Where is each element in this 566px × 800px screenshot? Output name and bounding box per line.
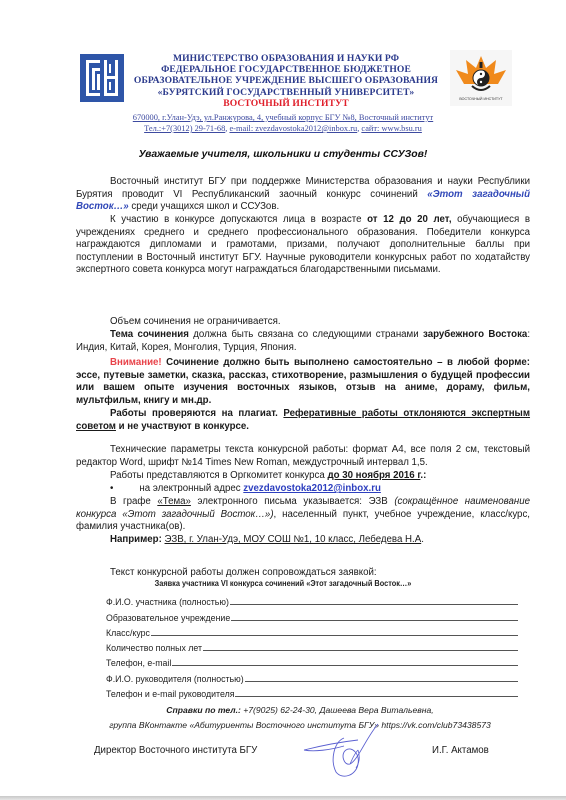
form-row: Количество полных лет [106,638,518,653]
submission-email-link[interactable]: zvezdavostoka2012@inbox.ru [243,483,381,494]
address: 670000, г.Улан-Удэ, ул.Ранжурова, 4, уче… [133,113,433,122]
form-row: Телефон, e-mail [106,653,518,668]
svg-text:ВОСТОЧНЫЙ ИНСТИТУТ: ВОСТОЧНЫЙ ИНСТИТУТ [459,97,503,101]
org-line: «БУРЯТСКИЙ ГОСУДАРСТВЕННЫЙ УНИВЕРСИТЕТ» [126,87,446,98]
blank-line [151,634,518,636]
paragraph-participants: К участию в конкурсе допускаются лица в … [76,214,530,277]
greeting: Уважаемые учителя, школьники и студенты … [0,149,566,160]
paragraph-plagiarism: Работы проверяются на плагиат. Рефератив… [76,408,530,433]
paragraph-example: Например: ЭЗВ, г. Улан-Удэ, МОУ СОШ №1, … [76,534,530,547]
deadline: до 30 ноября 2016 г [327,470,420,481]
application-title: Заявка участника VI конкурса сочинений «… [23,579,544,588]
org-line: МИНИСТЕРСТВО ОБРАЗОВАНИЯ И НАУКИ РФ [126,53,446,64]
paragraph-intro: Восточный институт БГУ при поддержке Мин… [76,176,530,214]
org-line: ОБРАЗОВАТЕЛЬНОЕ УЧРЕЖДЕНИЕ ВЫСШЕГО ОБРАЗ… [126,75,446,86]
paragraph-technical: Технические параметры текста конкурсной … [76,444,530,469]
paragraph-topic: Тема сочинения должна быть связана со сл… [76,329,530,354]
application-form: Ф.И.О. участника (полностью) Образовател… [106,592,518,699]
director-name: И.Г. Актамов [432,745,489,756]
blank-line [245,680,518,682]
vostochny-institut-logo-icon: ВОСТОЧНЫЙ ИНСТИТУТ [450,50,512,106]
form-row: Ф.И.О. руководителя (полностью) [106,668,518,683]
director-title: Директор Восточного института БГУ [94,745,257,756]
form-row: Ф.И.О. участника (полностью) [106,592,518,607]
blank-line [230,603,518,605]
paragraph-volume: Объем сочинения не ограничивается. [76,316,530,329]
attention-label: Внимание! [110,357,162,368]
blank-line [172,664,518,666]
institute-name: ВОСТОЧНЫЙ ИНСТИТУТ [126,98,446,109]
bgu-logo-icon [80,54,124,102]
blank-line [203,649,518,651]
email-link[interactable]: e-mail: zvezdavostoka2012@inbox.ru [229,124,357,133]
blank-line [231,619,518,621]
org-line: ФЕДЕРАЛЬНОЕ ГОСУДАРСТВЕННОЕ БЮДЖЕТНОЕ [126,64,446,75]
contact-label: Справки по тел.: [166,705,241,715]
letter-page: МИНИСТЕРСТВО ОБРАЗОВАНИЯ И НАУКИ РФ ФЕДЕ… [0,0,566,796]
form-row: Телефон и e-mail руководителя [106,684,518,699]
form-row: Образовательное учреждение [106,607,518,622]
phone: Тел.:+7(3012) 29-71-68 [144,124,225,133]
site-link[interactable]: сайт: www.bsu.ru [361,124,422,133]
form-row: Класс/курс [106,623,518,638]
blank-line [235,695,518,697]
paragraph-subject: В графе «Тема» электронного письма указы… [76,496,530,534]
application-intro: Текст конкурсной работы должен сопровожд… [110,567,377,578]
organization-header: МИНИСТЕРСТВО ОБРАЗОВАНИЯ И НАУКИ РФ ФЕДЕ… [126,53,446,109]
paragraph-attention: Внимание! Сочинение должно быть выполнен… [76,357,530,407]
address-block: 670000, г.Улан-Удэ, ул.Ранжурова, 4, уче… [100,112,466,134]
paragraph-email: •на электронный адрес zvezdavostoka2012@… [110,483,530,496]
signature-icon [300,720,390,790]
page-edge [0,796,566,800]
age-range: от 12 до 20 лет, [367,214,451,225]
paragraph-deadline: Работы представляются в Оргкомитет конку… [76,470,530,483]
